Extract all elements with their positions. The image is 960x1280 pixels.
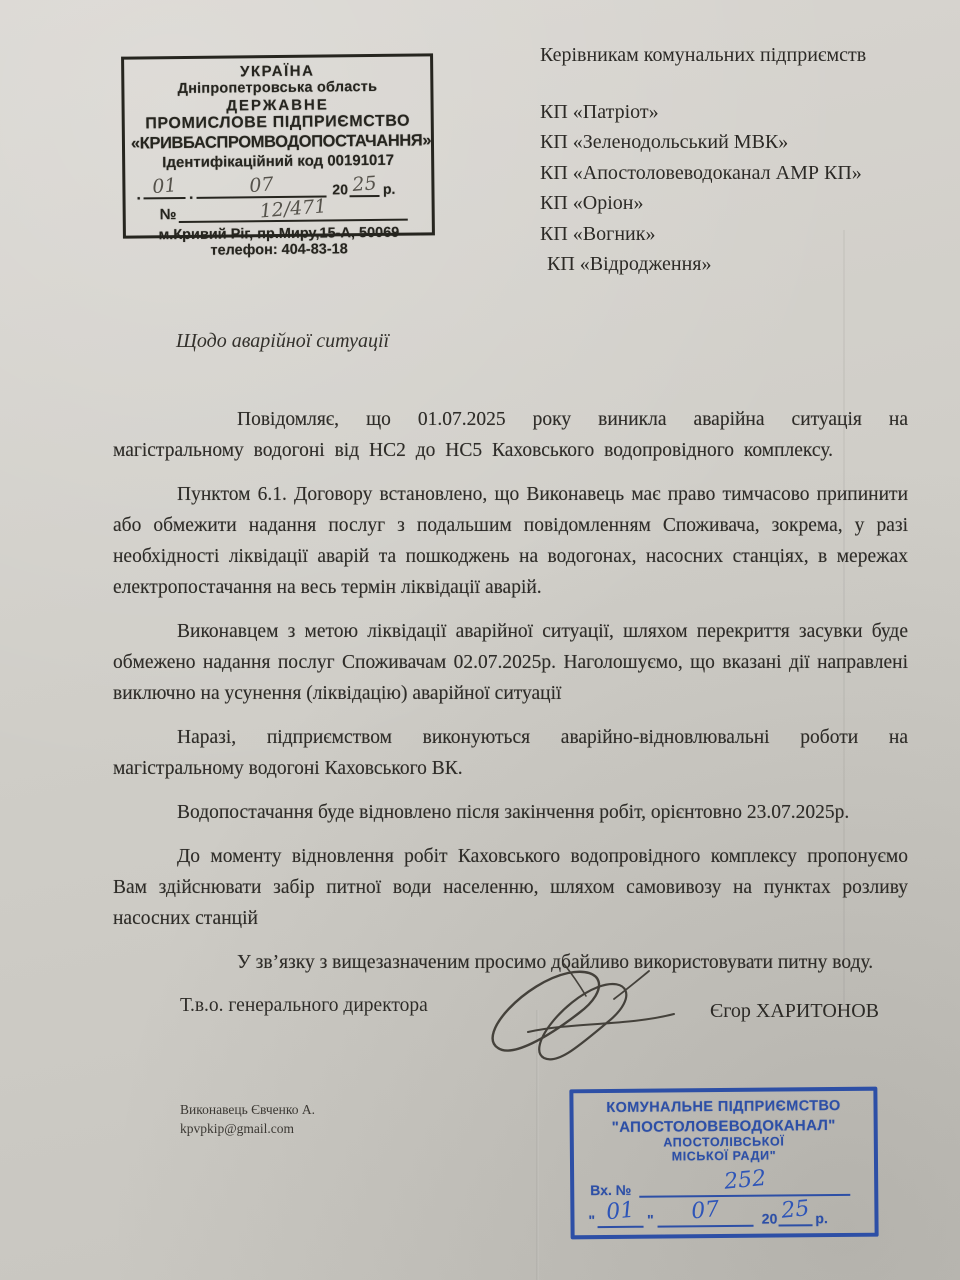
receipt-org-name: "АПОСТОЛОВЕВОДОКАНАЛ" — [584, 1117, 864, 1136]
receipt-date-month-line: 07 — [658, 1203, 754, 1228]
stamp-id-code: Ідентифікаційний код 00191017 — [131, 151, 425, 171]
receipt-date-suffix: р. — [812, 1210, 828, 1226]
number-label: № — [160, 206, 177, 223]
executor-block: Виконавець Євченко А. kpvpkip@gmail.com — [180, 1100, 315, 1138]
paragraph: Водопостачання буде відновлено після зак… — [113, 797, 908, 828]
handwritten-receipt-month: 07 — [691, 1202, 720, 1221]
signatory-name: Єгор ХАРИТОНОВ — [710, 1000, 879, 1023]
stamp-org-name: «КРИВБАСПРОМВОДОПОСТАЧАННЯ» — [131, 131, 425, 153]
handwritten-month: 07 — [249, 177, 274, 193]
stamp-address: м.Кривий Ріг, пр.Миру,15-А, 50069 — [132, 224, 426, 243]
recipient-item: КП «Вогник» — [540, 219, 940, 250]
handwritten-receipt-year: 25 — [781, 1201, 810, 1220]
handwritten-day: 01 — [152, 178, 177, 194]
paragraph: До моменту відновлення робіт Каховського… — [113, 841, 908, 934]
signatory-title: Т.в.о. генерального директора — [180, 995, 428, 1017]
stamp-region: Дніпропетровська область — [130, 78, 424, 97]
incoming-number-label: Вх. № — [590, 1182, 631, 1198]
letter-body: Повідомляє, що 01.07.2025 року виникла а… — [113, 404, 908, 991]
stamp-phone: телефон: 404-83-18 — [132, 240, 426, 259]
handwritten-year: 25 — [352, 176, 377, 192]
recipients-block: Керівникам комунальних підприємств КП «П… — [540, 40, 940, 280]
recipients-heading: Керівникам комунальних підприємств — [540, 40, 940, 71]
stamp-number-row: № 12/471 — [160, 199, 408, 224]
handwritten-number: 12/471 — [259, 199, 327, 218]
handwritten-receipt-day: 01 — [605, 1203, 634, 1222]
date-day-line: 01 — [144, 179, 186, 199]
recipient-item: КП «Зеленодольський МВК» — [540, 127, 940, 158]
handwritten-incoming-number: 252 — [723, 1171, 766, 1191]
stamp-org-type-2: ПРОМИСЛОВЕ ПІДПРИЄМСТВО — [131, 112, 425, 133]
sender-org-stamp: УКРАЇНА Дніпропетровська область ДЕРЖАВН… — [121, 53, 435, 238]
paragraph: Наразі, підприємством виконуються аварій… — [113, 722, 908, 784]
receipt-date-open-mark: " — [586, 1212, 597, 1228]
paragraph: Повідомляє, що 01.07.2025 року виникла а… — [113, 404, 908, 466]
scanned-letter-page: УКРАЇНА Дніпропетровська область ДЕРЖАВН… — [0, 0, 960, 1280]
paragraph: Пунктом 6.1. Договору встановлено, що Ви… — [113, 479, 908, 603]
incoming-number-line: 252 — [639, 1172, 850, 1198]
receipt-org-line4: МІСЬКОЇ РАДИ" — [584, 1148, 864, 1164]
subject-line: Щодо аварійної ситуації — [176, 330, 389, 353]
executor-email: kpvpkip@gmail.com — [180, 1119, 315, 1138]
date-close-mark: . — [186, 191, 197, 199]
executor-name: Виконавець Євченко А. — [180, 1100, 315, 1119]
date-year-prefix: 20 — [326, 181, 350, 197]
recipient-item: КП «Патріот» — [540, 97, 940, 128]
receipt-date-year-line: 25 — [778, 1202, 812, 1226]
receipt-org-type: КОМУНАЛЬНЕ ПІДПРИЄМСТВО — [583, 1098, 863, 1116]
incoming-registration-stamp: КОМУНАЛЬНЕ ПІДПРИЄМСТВО "АПОСТОЛОВЕВОДОК… — [569, 1087, 878, 1240]
paragraph: Виконавцем з метою ліквідації аварійної … — [113, 616, 908, 709]
recipient-item: КП «Відродження» — [547, 249, 940, 280]
receipt-date-close-mark: " — [643, 1212, 658, 1228]
date-open-mark: . — [133, 191, 144, 199]
stamp-date-row: . 01 . 07 20 25 р. — [133, 172, 423, 199]
recipient-item: КП «Оріон» — [540, 188, 940, 219]
incoming-number-row: Вх. № 252 — [590, 1170, 850, 1198]
receipt-year-prefix: 20 — [754, 1211, 779, 1227]
date-year-line: 25 — [350, 177, 380, 197]
receipt-date-day-line: 01 — [597, 1204, 643, 1228]
signature-scribble — [468, 952, 688, 1072]
date-suffix: р. — [380, 181, 396, 197]
recipient-item: КП «Апостоловеводоканал АМР КП» — [540, 158, 940, 189]
number-line: 12/471 — [178, 201, 407, 223]
receipt-date-row: " 01 " 07 20 25 р. — [586, 1199, 864, 1228]
